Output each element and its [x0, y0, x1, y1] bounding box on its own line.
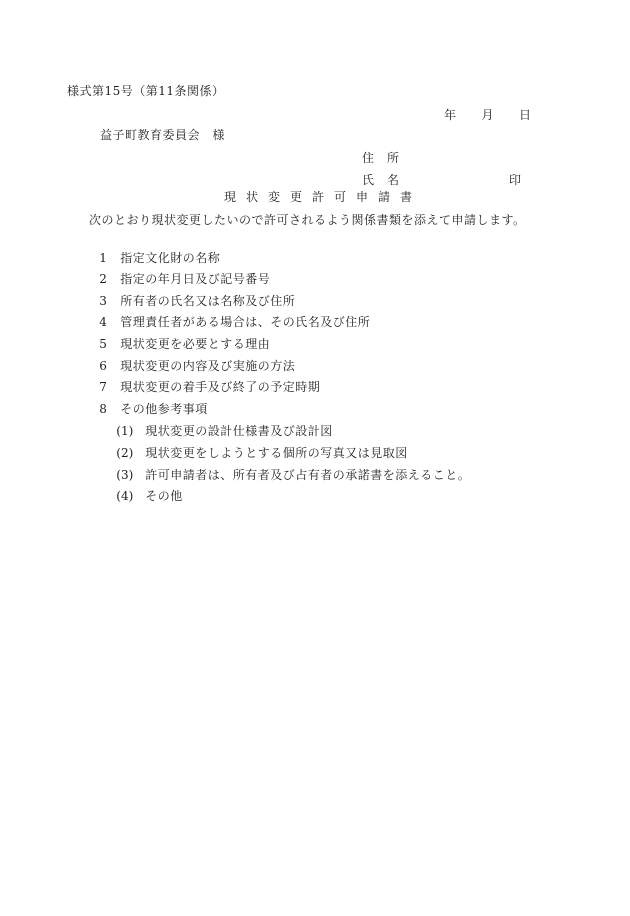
name-label: 氏 名: [362, 172, 400, 188]
sub-item-4: (4)その他: [99, 472, 183, 520]
document-title: 現状変更許可申請書: [224, 189, 422, 205]
application-form-page: 様式第15号（第11条関係） 年 月 日 益子町教育委員会 様 住 所 氏 名 …: [0, 0, 630, 916]
sub-item-text: 許可申請者は、所有者及び占有者の承諾書を添えること。: [145, 468, 470, 482]
form-number: 様式第15号（第11条関係）: [67, 83, 225, 99]
intro-sentence: 次のとおり現状変更したいので許可されるよう関係書類を添えて申請します。: [89, 212, 526, 228]
addressee: 益子町教育委員会 様: [100, 127, 225, 143]
seal-label: 印: [509, 172, 522, 188]
sub-item-number: (4): [116, 488, 145, 504]
address-label: 住 所: [362, 150, 400, 166]
sub-item-text: その他: [145, 489, 183, 503]
date-line: 年 月 日: [444, 107, 532, 123]
